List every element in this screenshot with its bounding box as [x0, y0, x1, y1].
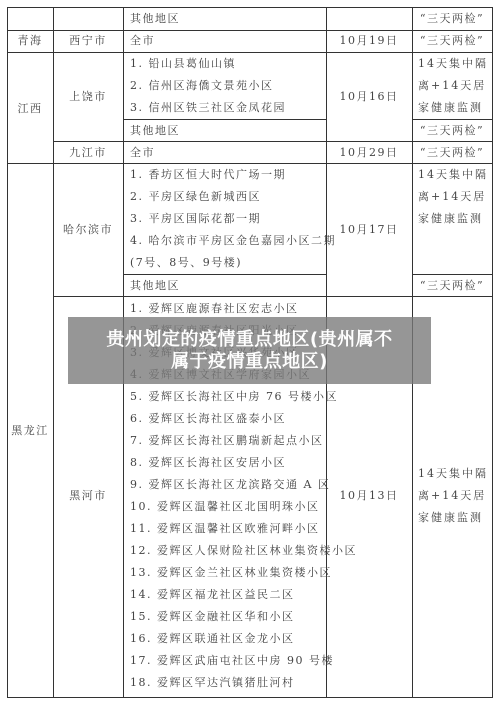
list-item: 2. 平房区绿色新城西区: [130, 186, 336, 208]
list-item: 17. 爱辉区武庙屯社区中房 90 号楼: [130, 650, 357, 672]
list-item: 5. 爱辉区长海社区中房 76 号楼小区: [130, 386, 357, 408]
list-item: 10. 爱辉区温馨社区北国明珠小区: [130, 496, 357, 518]
measure-cell: 14天集中隔离+14天居家健康监测: [418, 53, 490, 119]
list-item: 6. 爱辉区长海社区盛泰小区: [130, 408, 357, 430]
date-cell: 10月16日: [326, 86, 412, 108]
table-border: [53, 7, 54, 697]
list-item: 18. 爱辉区罕达汽镇猪肚河村: [130, 672, 357, 694]
city-cell: 黑河市: [53, 485, 123, 507]
list-item: 12. 爱辉区人保财险社区林业集资楼小区: [130, 540, 357, 562]
list-item: 11. 爱辉区温馨社区欧雅河畔小区: [130, 518, 357, 540]
measure-cell: “三天两检”: [412, 8, 492, 30]
list-item: 3. 平房区国际花都一期: [130, 208, 336, 230]
list-item: 1. 香坊区恒大时代广场一期: [130, 164, 336, 186]
measure-cell: “三天两检”: [412, 30, 492, 52]
city-cell: 九江市: [53, 142, 123, 164]
banner-title-line2: 属于疫情重点地区): [171, 351, 328, 373]
list-item: 16. 爱辉区联通社区金龙小区: [130, 628, 357, 650]
list-item: 2. 信州区海僑文景苑小区: [130, 75, 286, 97]
list-item: 9. 爱辉区长海社区龙滨路交通 A 区: [130, 474, 357, 496]
province-cell: 青海: [7, 30, 53, 52]
list-item: 14. 爱辉区福龙社区益民二区: [130, 584, 357, 606]
table-border: [7, 697, 493, 698]
area-list: 1. 香坊区恒大时代广场一期 2. 平房区绿色新城西区 3. 平房区国际花都一期…: [130, 164, 336, 274]
list-item: 13. 爱辉区金兰社区林业集资楼小区: [130, 562, 357, 584]
area-cell: 全市: [130, 142, 155, 164]
province-cell: 江西: [7, 98, 53, 120]
city-cell: 哈尔滨市: [53, 219, 123, 241]
area-cell: 其他地区: [130, 120, 180, 142]
banner-title-line1: 贵州划定的疫情重点地区(贵州属不: [106, 329, 392, 351]
list-item: 3. 信州区铁三社区金凤花园: [130, 97, 286, 119]
list-item: 8. 爱辉区长海社区安居小区: [130, 452, 357, 474]
date-cell: 10月17日: [326, 219, 412, 241]
area-cell: 其他地区: [130, 275, 180, 297]
measure-cell: 14天集中隔离+14天居家健康监测: [418, 463, 490, 529]
measure-cell: “三天两检”: [412, 275, 492, 297]
city-cell: 西宁市: [53, 30, 123, 52]
city-cell: 上饶市: [53, 86, 123, 108]
area-list: 1. 铅山县葛仙山镇 2. 信州区海僑文景苑小区 3. 信州区铁三社区金凤花园: [130, 53, 286, 119]
area-cell: 全市: [130, 30, 155, 52]
list-item: (7号、8号、9号楼): [130, 252, 336, 274]
date-cell: 10月19日: [326, 30, 412, 52]
area-cell: 其他地区: [130, 8, 180, 30]
list-item: 1. 铅山县葛仙山镇: [130, 53, 286, 75]
table-border: [492, 7, 493, 697]
measure-cell: 14天集中隔离+14天居家健康监测: [418, 164, 490, 230]
date-cell: 10月13日: [326, 485, 412, 507]
list-item: 7. 爱辉区长海社区鹏瑞新起点小区: [130, 430, 357, 452]
list-item: 4. 哈尔滨市平房区金色嘉园小区二期: [130, 230, 336, 252]
province-cell: 黑龙江: [7, 420, 53, 442]
measure-cell: “三天两检”: [412, 120, 492, 142]
measure-cell: “三天两检”: [412, 142, 492, 164]
title-banner: 贵州划定的疫情重点地区(贵州属不 属于疫情重点地区): [68, 317, 431, 384]
date-cell: 10月29日: [326, 142, 412, 164]
list-item: 15. 爱辉区金融社区华和小区: [130, 606, 357, 628]
